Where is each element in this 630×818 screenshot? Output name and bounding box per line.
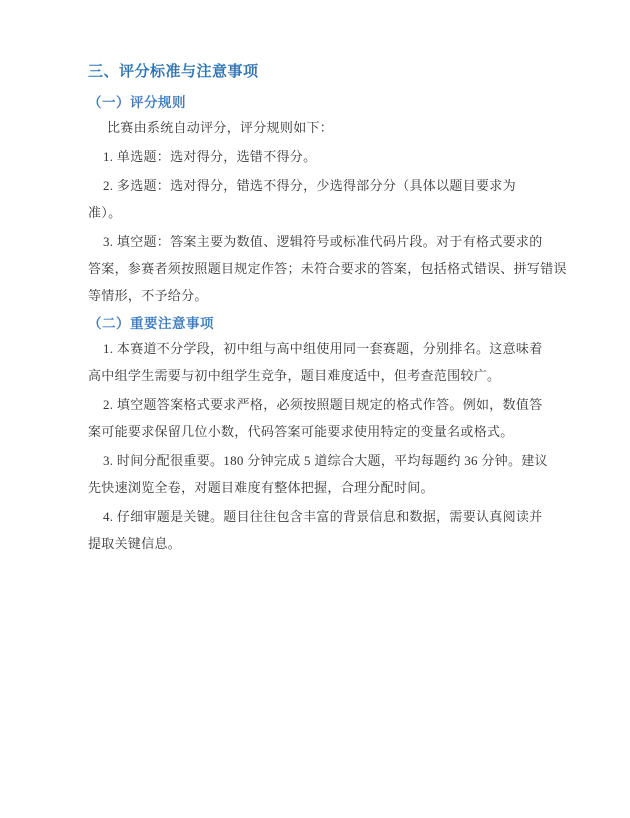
list-item-answer-format: 2. 填空题答案格式要求严格，必须按照题目规定的格式作答。例如，数值答 案可能要… bbox=[88, 391, 550, 445]
paragraph-line: 高中组学生需要与初中组学生竞争，题目难度适中，但考查范围较广。 bbox=[88, 362, 550, 389]
paragraph-line: 2. 多选题：选对得分，错选不得分，少选得部分分（具体以题目要求为 bbox=[88, 172, 550, 199]
list-item-same-paper: 1. 本赛道不分学段，初中组与高中组使用同一套赛题，分别排名。这意味着 高中组学… bbox=[88, 335, 550, 389]
paragraph-line: 3. 时间分配很重要。180 分钟完成 5 道综合大题，平均每题约 36 分钟。… bbox=[88, 447, 550, 474]
paragraph-line: 提取关键信息。 bbox=[88, 530, 550, 557]
paragraph-line: 案可能要求保留几位小数，代码答案可能要求使用特定的变量名或格式。 bbox=[88, 418, 550, 445]
section-scoring-rules: （一）评分规则 比赛由系统自动评分，评分规则如下： 1. 单选题：选对得分，选错… bbox=[88, 94, 550, 309]
page-title: 三、评分标准与注意事项 bbox=[88, 62, 550, 82]
section-heading-scoring-rules: （一）评分规则 bbox=[88, 94, 550, 112]
list-item-fill-in-blank: 3. 填空题：答案主要为数值、逻辑符号或标准代码片段。对于有格式要求的 答案，参… bbox=[88, 228, 550, 309]
paragraph-line: 1. 本赛道不分学段，初中组与高中组使用同一套赛题，分别排名。这意味着 bbox=[88, 335, 550, 362]
intro-paragraph: 比赛由系统自动评分，评分规则如下： bbox=[88, 114, 550, 141]
document-page: 三、评分标准与注意事项 （一）评分规则 比赛由系统自动评分，评分规则如下： 1.… bbox=[0, 0, 630, 818]
paragraph-line: 4. 仔细审题是关键。题目往往包含丰富的背景信息和数据，需要认真阅读并 bbox=[88, 503, 550, 530]
paragraph-line: 1. 单选题：选对得分，选错不得分。 bbox=[88, 143, 550, 170]
paragraph-line: 等情形，不予给分。 bbox=[88, 282, 550, 309]
list-item-careful-reading: 4. 仔细审题是关键。题目往往包含丰富的背景信息和数据，需要认真阅读并 提取关键… bbox=[88, 503, 550, 557]
list-item-multiple-choice: 2. 多选题：选对得分，错选不得分，少选得部分分（具体以题目要求为 准）。 bbox=[88, 172, 550, 226]
list-item-single-choice: 1. 单选题：选对得分，选错不得分。 bbox=[88, 143, 550, 170]
paragraph-line: 先快速浏览全卷，对题目难度有整体把握，合理分配时间。 bbox=[88, 474, 550, 501]
list-item-time-management: 3. 时间分配很重要。180 分钟完成 5 道综合大题，平均每题约 36 分钟。… bbox=[88, 447, 550, 501]
paragraph-line: 3. 填空题：答案主要为数值、逻辑符号或标准代码片段。对于有格式要求的 bbox=[88, 228, 550, 255]
paragraph-line: 比赛由系统自动评分，评分规则如下： bbox=[88, 114, 550, 141]
section-heading-important-notes: （二）重要注意事项 bbox=[88, 315, 550, 333]
paragraph-line: 答案，参赛者须按照题目规定作答；未符合要求的答案，包括格式错误、拼写错误 bbox=[88, 255, 550, 282]
paragraph-line: 准）。 bbox=[88, 199, 550, 226]
paragraph-line: 2. 填空题答案格式要求严格，必须按照题目规定的格式作答。例如，数值答 bbox=[88, 391, 550, 418]
section-important-notes: （二）重要注意事项 1. 本赛道不分学段，初中组与高中组使用同一套赛题，分别排名… bbox=[88, 315, 550, 557]
